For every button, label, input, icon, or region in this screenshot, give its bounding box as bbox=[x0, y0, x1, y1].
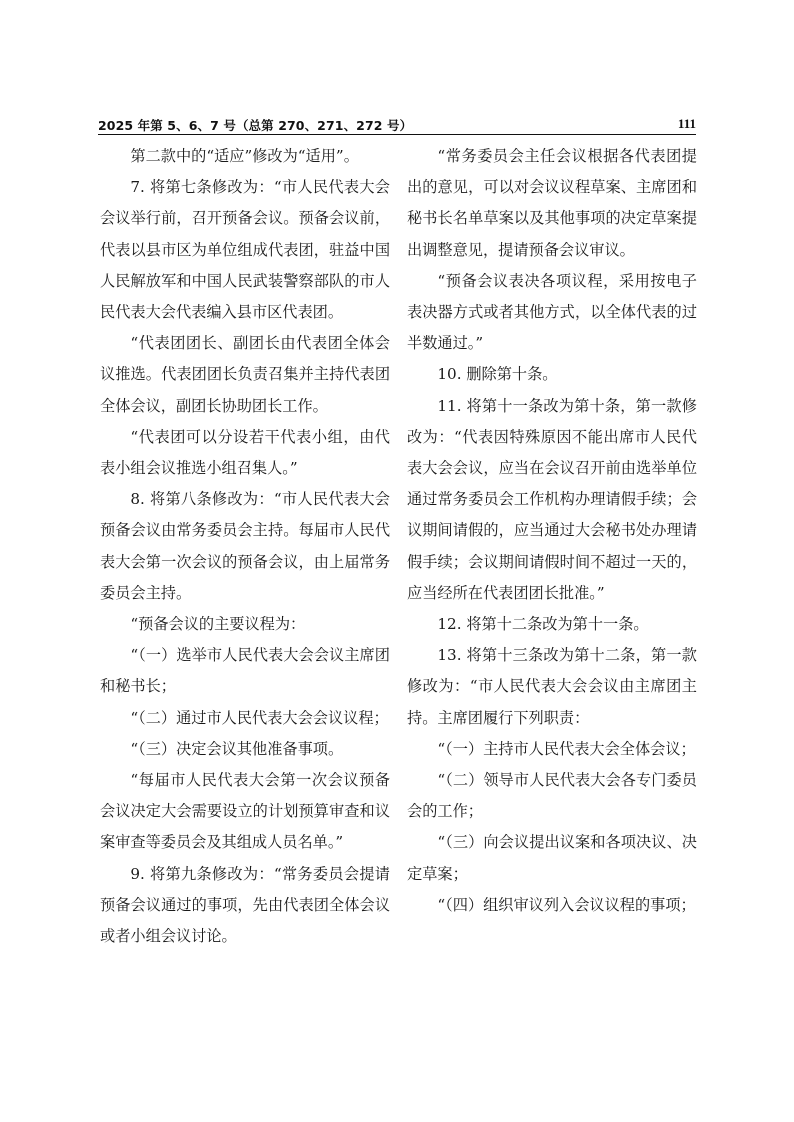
paragraph: “代表团可以分设若干代表小组，由代表小组会议推选小组召集人。” bbox=[100, 422, 390, 484]
paragraph: 7. 将第七条修改为：“市人民代表大会会议举行前，召开预备会议。预备会议前，代表… bbox=[100, 172, 390, 328]
paragraph: 8. 将第八条修改为：“市人民代表大会预备会议由常务委员会主持。每届市人民代表大… bbox=[100, 484, 390, 609]
paragraph: “（一）主持市人民代表大会全体会议； bbox=[407, 734, 697, 765]
left-column: 第二款中的“适应”修改为“适用”。 7. 将第七条修改为：“市人民代表大会会议举… bbox=[100, 141, 390, 952]
paragraph: “（三）决定会议其他准备事项。 bbox=[100, 734, 390, 765]
running-header: 2025 年第 5、6、7 号（总第 270、271、272 号） 111 bbox=[98, 116, 696, 135]
paragraph: 11. 将第十一条改为第十条，第一款修改为：“代表因特殊原因不能出席市人民代表大… bbox=[407, 391, 697, 609]
paragraph: “预备会议的主要议程为： bbox=[100, 609, 390, 640]
paragraph: 10. 删除第十条。 bbox=[407, 359, 697, 390]
paragraph: “预备会议表决各项议程，采用按电子表决器方式或者其他方式，以全体代表的过半数通过… bbox=[407, 266, 697, 360]
paragraph: “常务委员会主任会议根据各代表团提出的意见，可以对会议议程草案、主席团和秘书长名… bbox=[407, 141, 697, 266]
issue-label: 2025 年第 5、6、7 号（总第 270、271、272 号） bbox=[98, 116, 412, 134]
paragraph: “（一）选举市人民代表大会会议主席团和秘书长； bbox=[100, 640, 390, 702]
paragraph: “代表团团长、副团长由代表团全体会议推选。代表团团长负责召集并主持代表团全体会议… bbox=[100, 328, 390, 422]
paragraph: 第二款中的“适应”修改为“适用”。 bbox=[100, 141, 390, 172]
paragraph: 9. 将第九条修改为：“常务委员会提请预备会议通过的事项，先由代表团全体会议或者… bbox=[100, 859, 390, 953]
paragraph: “（二）通过市人民代表大会会议议程； bbox=[100, 703, 390, 734]
paragraph: “（四）组织审议列入会议议程的事项； bbox=[407, 890, 697, 921]
paragraph: “每届市人民代表大会第一次会议预备会议决定大会需要设立的计划预算审查和议案审查等… bbox=[100, 765, 390, 859]
paragraph: “（三）向会议提出议案和各项决议、决定草案； bbox=[407, 827, 697, 889]
paragraph: “（二）领导市人民代表大会各专门委员会的工作； bbox=[407, 765, 697, 827]
right-column: “常务委员会主任会议根据各代表团提出的意见，可以对会议议程草案、主席团和秘书长名… bbox=[407, 141, 697, 921]
paragraph: 12. 将第十二条改为第十一条。 bbox=[407, 609, 697, 640]
page-number: 111 bbox=[678, 116, 696, 132]
paragraph: 13. 将第十三条改为第十二条，第一款修改为：“市人民代表大会会议由主席团主持。… bbox=[407, 640, 697, 734]
